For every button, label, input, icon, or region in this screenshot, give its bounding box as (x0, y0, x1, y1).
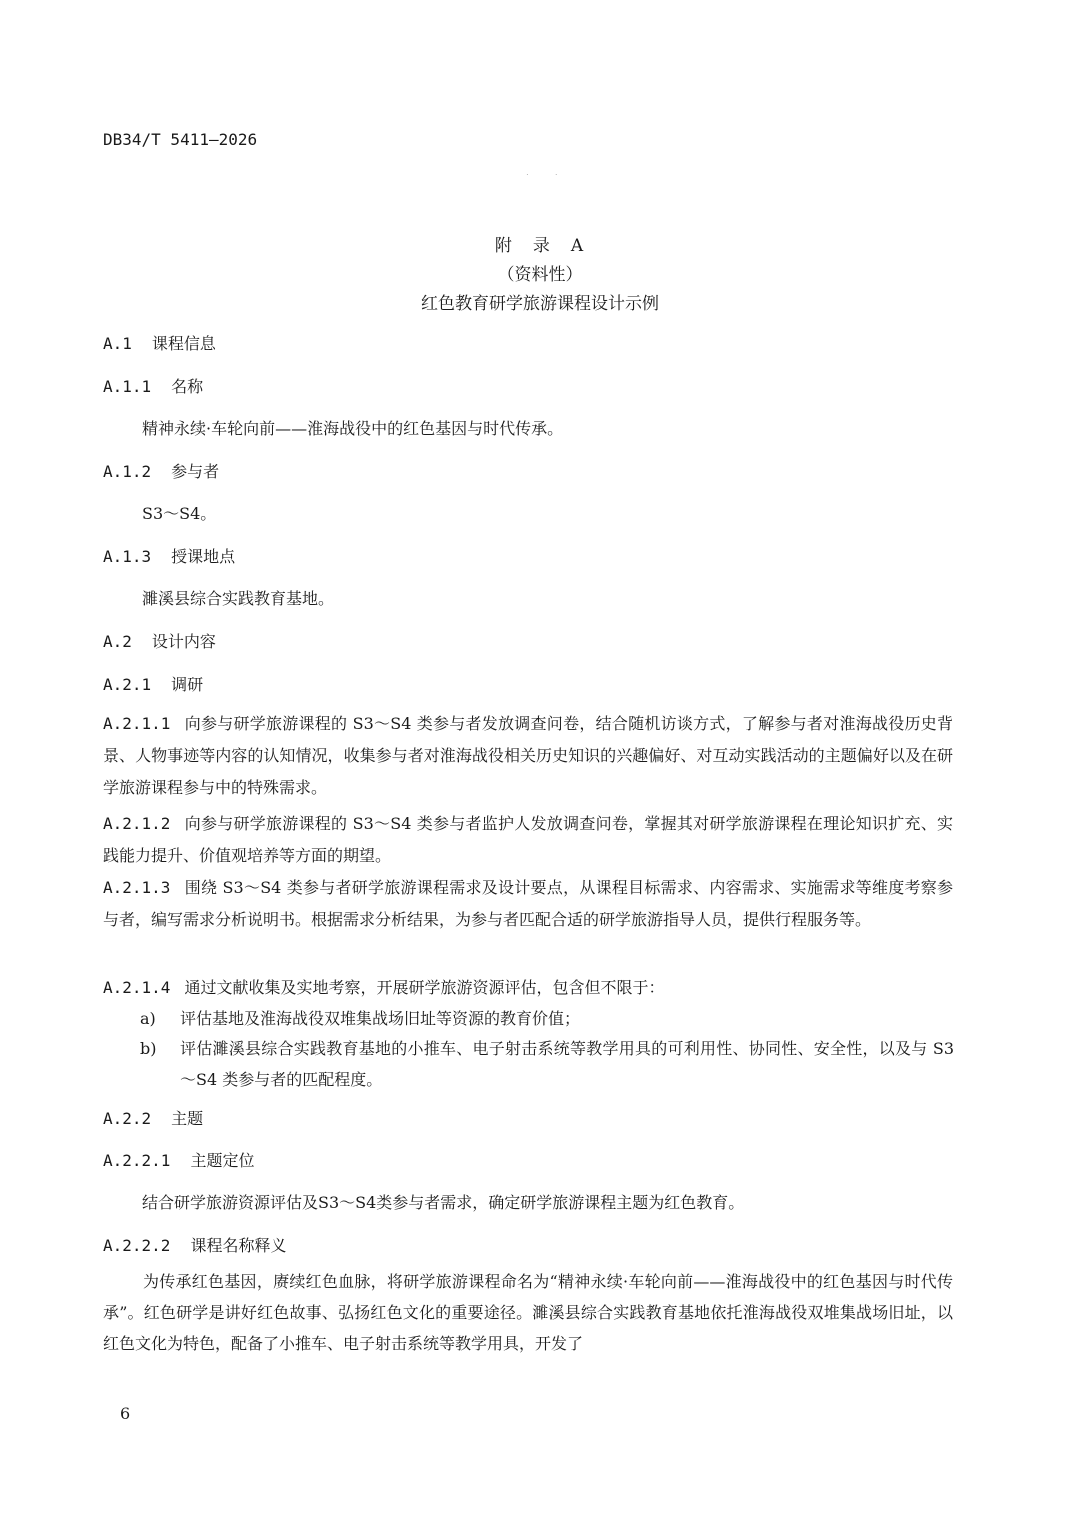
location-text: 濉溪县综合实践教育基地。 (142, 586, 334, 609)
list-item-text: 评估濉溪县综合实践教育基地的小推车、电子射击系统等教学用具的可利用性、协同性、安… (180, 1033, 954, 1095)
section-number: A.1.1 (103, 377, 151, 396)
document-page: DB34/T 5411—2026 · · 附 录 A （资料性） 红色教育研学旅… (0, 0, 1080, 1527)
clause-a214: A.2.1.4通过文献收集及实地考察，开展研学旅游资源评估，包含但不限于： (103, 972, 953, 1004)
section-heading-a221: A.2.2.1主题定位 (103, 1148, 254, 1171)
section-number: A.2.2.1 (103, 1151, 170, 1170)
section-heading-a11: A.1.1名称 (103, 374, 203, 397)
section-title: 主题定位 (190, 1151, 254, 1170)
list-marker: b) (140, 1033, 180, 1064)
section-heading-a1: A.1课程信息 (103, 331, 216, 354)
appendix-label: 附 录 A (0, 231, 1080, 256)
section-title: 课程信息 (152, 334, 216, 353)
clause-number: A.2.1.3 (103, 878, 170, 897)
section-number: A.2.2 (103, 1109, 151, 1128)
section-number: A.1.2 (103, 462, 151, 481)
section-heading-a222: A.2.2.2课程名称释义 (103, 1233, 286, 1256)
section-heading-a21: A.2.1调研 (103, 672, 203, 695)
page-number: 6 (120, 1404, 130, 1423)
section-title: 名称 (171, 377, 203, 396)
header-dots: · · (526, 170, 570, 179)
section-title: 参与者 (171, 462, 219, 481)
list-item: b)评估濉溪县综合实践教育基地的小推车、电子射击系统等教学用具的可利用性、协同性… (140, 1033, 954, 1095)
clause-body: 向参与研学旅游课程的 S3～S4 类参与者监护人发放调查问卷，掌握其对研学旅游课… (103, 814, 953, 865)
section-number: A.2.1 (103, 675, 151, 694)
clause-body: 围绕 S3～S4 类参与者研学旅游课程需求及设计要点，从课程目标需求、内容需求、… (103, 878, 953, 929)
clause-a212: A.2.1.2向参与研学旅游课程的 S3～S4 类参与者监护人发放调查问卷，掌握… (103, 808, 953, 872)
list-item-text: 评估基地及淮海战役双堆集战场旧址等资源的教育价值； (180, 1003, 954, 1034)
section-heading-a13: A.1.3授课地点 (103, 544, 235, 567)
list-item: a)评估基地及淮海战役双堆集战场旧址等资源的教育价值； (140, 1003, 954, 1034)
course-name-explanation: 为传承红色基因，赓续红色血脉，将研学旅游课程命名为“精神永续·车轮向前——淮海战… (103, 1266, 953, 1359)
section-number: A.1 (103, 334, 132, 353)
section-number: A.2.2.2 (103, 1236, 170, 1255)
participants-text: S3～S4。 (142, 501, 216, 524)
clause-body: 向参与研学旅游课程的 S3～S4 类参与者发放调查问卷，结合随机访谈方式，了解参… (103, 714, 953, 797)
section-heading-a22: A.2.2主题 (103, 1106, 203, 1129)
clause-number: A.2.1.1 (103, 714, 170, 733)
section-title: 设计内容 (152, 632, 216, 651)
clause-number: A.2.1.2 (103, 814, 170, 833)
section-title: 授课地点 (171, 547, 235, 566)
clause-number: A.2.1.4 (103, 978, 170, 997)
section-number: A.2 (103, 632, 132, 651)
appendix-title: 红色教育研学旅游课程设计示例 (0, 289, 1080, 314)
section-heading-a2: A.2设计内容 (103, 629, 216, 652)
standard-code: DB34/T 5411—2026 (103, 130, 257, 149)
course-name-text: 精神永续·车轮向前——淮海战役中的红色基因与时代传承。 (142, 416, 563, 439)
section-heading-a12: A.1.2参与者 (103, 459, 219, 482)
section-title: 课程名称释义 (190, 1236, 286, 1255)
section-title: 调研 (171, 675, 203, 694)
section-number: A.1.3 (103, 547, 151, 566)
theme-positioning-text: 结合研学旅游资源评估及S3～S4类参与者需求，确定研学旅游课程主题为红色教育。 (142, 1190, 744, 1213)
list-marker: a) (140, 1003, 180, 1034)
clause-a213: A.2.1.3围绕 S3～S4 类参与者研学旅游课程需求及设计要点，从课程目标需… (103, 872, 953, 936)
appendix-type: （资料性） (0, 260, 1080, 285)
clause-body: 通过文献收集及实地考察，开展研学旅游资源评估，包含但不限于： (184, 978, 664, 997)
section-title: 主题 (171, 1109, 203, 1128)
clause-a211: A.2.1.1向参与研学旅游课程的 S3～S4 类参与者发放调查问卷，结合随机访… (103, 708, 953, 804)
